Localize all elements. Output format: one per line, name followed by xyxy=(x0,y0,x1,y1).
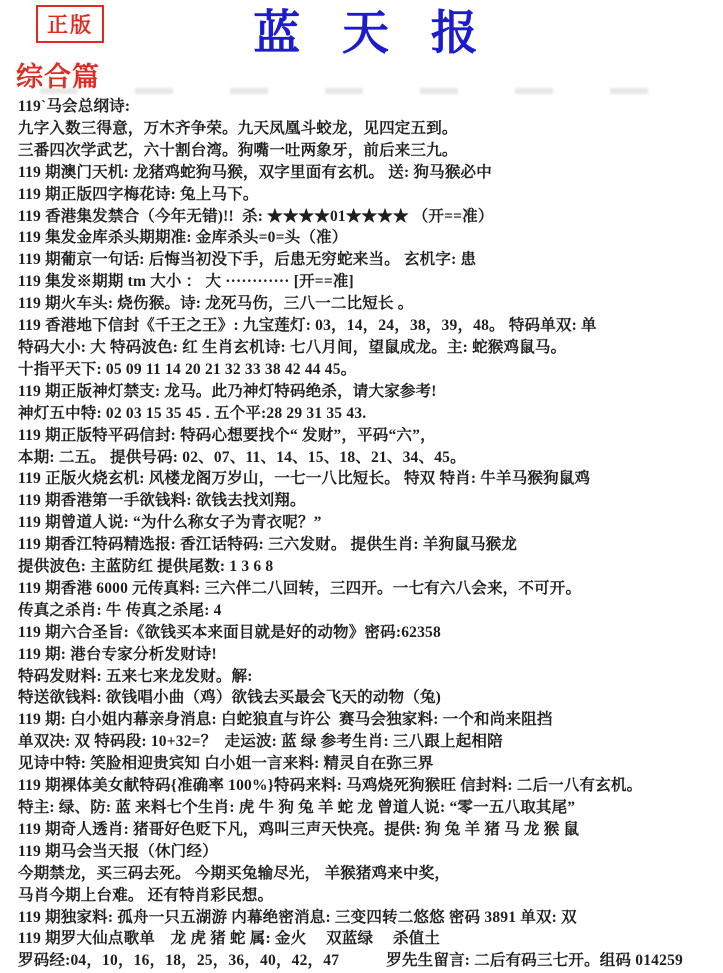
text-line: 三番四次学武艺，六十割台湾。狗嘴一吐两象牙，前后来三九。 xyxy=(18,140,716,162)
scan-artifact xyxy=(40,88,660,94)
text-line: 119 正版火烧玄机: 风楼龙阁万岁山，一七一八比短长。 特双 特肖: 牛羊马猴… xyxy=(18,468,716,490)
text-line: 119 期马会当天报（休门经） xyxy=(18,841,716,863)
text-line: 119 期奇人透肖: 猪哥好色贬下凡，鸡叫三声天快亮。提供: 狗 兔 羊 猪 马… xyxy=(18,819,716,841)
text-line: 119 香港地下信封《千王之王》: 九宝莲灯: 03，14，24，38，39，4… xyxy=(18,315,716,337)
text-line: 119 期正版神灯禁支: 龙马。此乃神灯特码绝杀，请大家参考! xyxy=(18,381,716,403)
text-line: 今期禁龙，买三码去死。 今期买兔输尽光， 羊猴猪鸡来中奖， xyxy=(18,863,716,885)
text-line: 特码大小: 大 特码波色: 红 生肖玄机诗: 七八月间，望鼠成龙。主: 蛇猴鸡鼠… xyxy=(18,337,716,359)
text-line: 119 期香港 6000 元传真料: 三六伴二八回转，三四开。一七有六八会来，不… xyxy=(18,578,716,600)
newspaper-page: 正版 蓝 天 报 综合篇 119`马会总纲诗:九字入数三得意，万木齐争荣。九天凤… xyxy=(0,0,723,973)
text-line: 119 期罗大仙点歌单 龙 虎 猪 蛇 属: 金火 双蓝绿 杀值土 xyxy=(18,928,716,950)
text-line: 特送欲钱料: 欲钱唱小曲（鸡）欲钱去买最会飞天的动物（兔) xyxy=(18,687,716,709)
text-line: 十指平天下: 05 09 11 14 20 21 32 33 38 42 44 … xyxy=(18,359,716,381)
text-line: 119 期澳门天机: 龙猪鸡蛇狗马猴，双字里面有玄机。 送: 狗马猴必中 xyxy=(18,162,716,184)
text-line: 119 期正版特平码信封: 特码心想要找个“ 发财”，平码“六”， xyxy=(18,425,716,447)
text-line: 119 期独家料: 孤舟一只五湖游 内幕绝密消息: 三变四转二悠悠 密码 389… xyxy=(18,907,716,929)
text-line: 119`马会总纲诗: xyxy=(18,96,716,118)
text-line: 119 期香江特码精选报: 香江话特码: 三六发财。 提供生肖: 羊狗鼠马猴龙 xyxy=(18,534,716,556)
text-line: 119 期: 白小姐内幕亲身消息: 白蛇狼直与许公 赛马会独家料: 一个和尚来阻… xyxy=(18,709,716,731)
body-lines: 119`马会总纲诗:九字入数三得意，万木齐争荣。九天凤凰斗蛟龙，见四定五到。三番… xyxy=(18,96,716,972)
text-line: 特主: 绿、防: 蓝 来料七个生肖: 虎 牛 狗 兔 羊 蛇 龙 曾道人说: “… xyxy=(18,797,716,819)
text-line: 见诗中特: 笑脸相迎贵宾知 白小姐一言来料: 精灵自在弥三界 xyxy=(18,753,716,775)
text-line: 119 集发※期期 tm 大小 ： 大 ············ [开==准] xyxy=(18,271,716,293)
text-line: 119 期葡京一句话: 后悔当初没下手，后患无穷蛇来当。 玄机字: 患 xyxy=(18,249,716,271)
text-line: 特码发财料: 五来七来龙发财。解: xyxy=(18,666,716,688)
text-line: 罗码经:04，10，16，18，25，36，40，42，47 罗先生留言: 二后… xyxy=(18,950,716,972)
page-title: 蓝 天 报 xyxy=(0,0,723,63)
text-line: 传真之杀肖: 牛 传真之杀尾: 4 xyxy=(18,600,716,622)
text-line: 119 期香港第一手欲钱料: 欲钱去找刘翔。 xyxy=(18,490,716,512)
text-line: 九字入数三得意，万木齐争荣。九天凤凰斗蛟龙，见四定五到。 xyxy=(18,118,716,140)
text-line: 119 期六合圣旨:《欲钱买本来面目就是好的动物》密码:62358 xyxy=(18,622,716,644)
text-line: 马肖今期上台难。 还有特肖彩民想。 xyxy=(18,885,716,907)
text-line: 神灯五中特: 02 03 15 35 45 . 五个平:28 29 31 35 … xyxy=(18,403,716,425)
text-line: 119 期曾道人说: “为什么称女子为青衣呢？” xyxy=(18,512,716,534)
text-line: 本期: 二五。 提供号码: 02、07、11、14、15、18、21、34、45… xyxy=(18,447,716,469)
text-line: 119 香港集发禁合（今年无错)!! 杀: ★★★★01★★★★ （开==准） xyxy=(18,206,716,228)
text-line: 单双决: 双 特码段: 10+32=？ 走运波: 蓝 绿 参考生肖: 三八跟上起… xyxy=(18,731,716,753)
text-line: 119 期正版四字梅花诗: 兔上马下。 xyxy=(18,184,716,206)
text-line: 119 期火车头: 烧伤猴。诗: 龙死马伤，三八一二比短长 。 xyxy=(18,293,716,315)
text-line: 119 集发金库杀头期期准: 金库杀头=0=头（准） xyxy=(18,227,716,249)
text-line: 提供波色: 主蓝防红 提供尾数: 1 3 6 8 xyxy=(18,556,716,578)
text-line: 119 期裸体美女献特码{准确率 100%}特码来料: 马鸡烧死狗猴旺 信封料:… xyxy=(18,775,716,797)
text-line: 119 期: 港台专家分析发财诗! xyxy=(18,644,716,666)
